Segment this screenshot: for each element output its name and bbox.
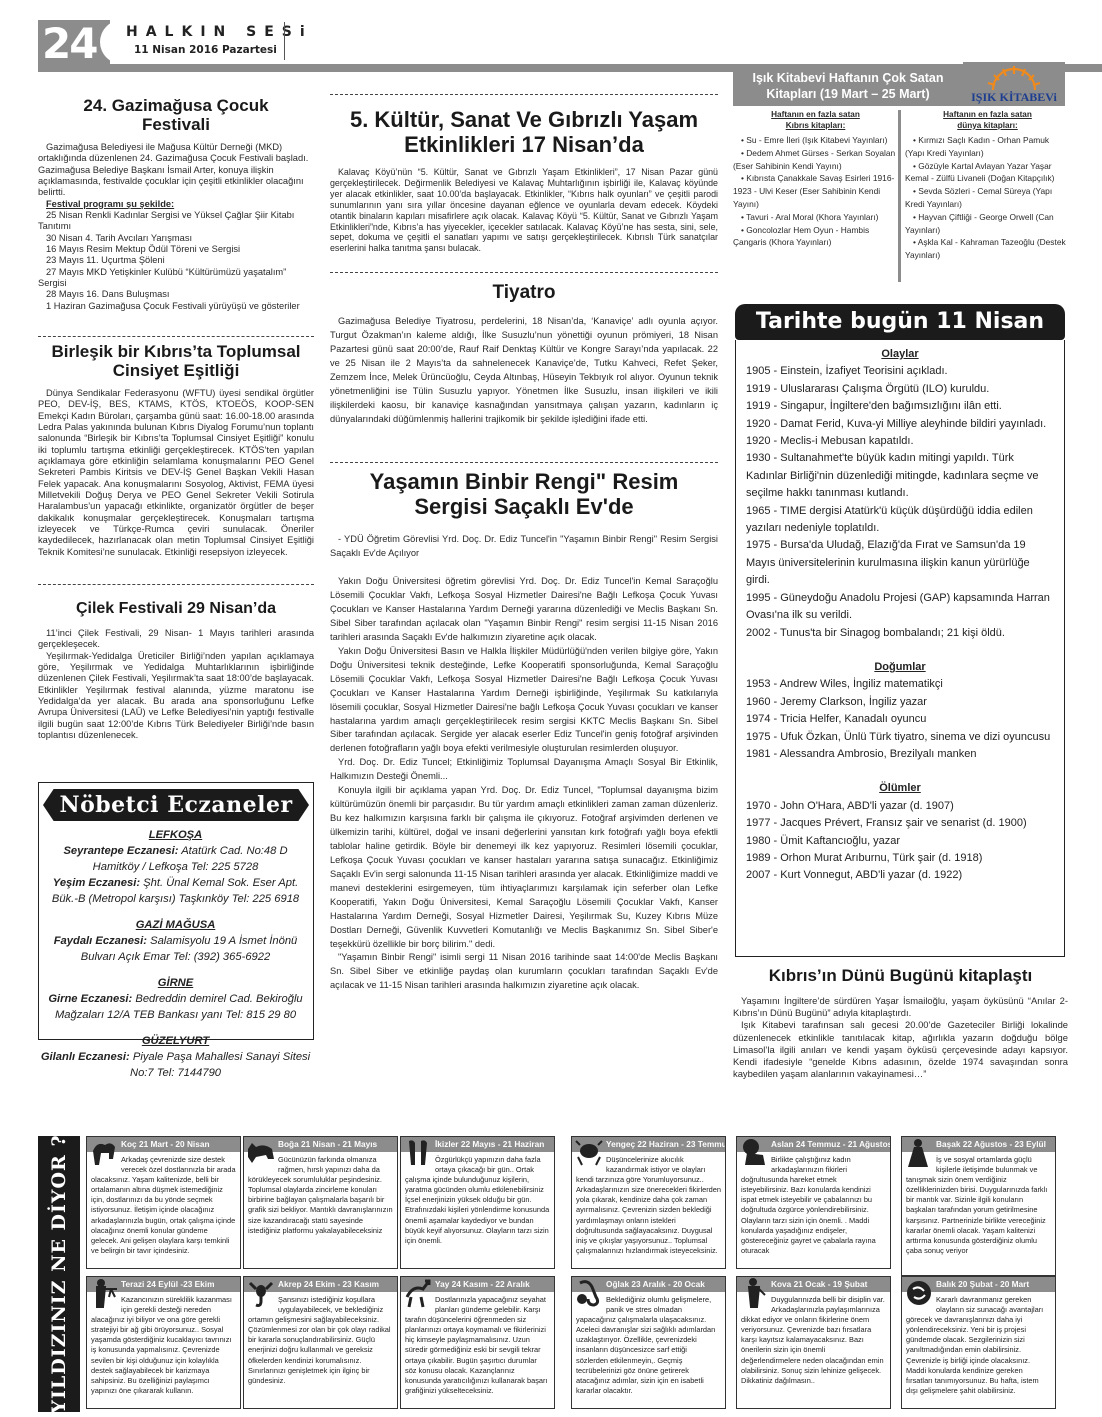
list-item: • Kırmızı Saçlı Kadın - Orhan Pamuk (Yap… — [905, 134, 1070, 160]
death-item: 1989 - Orhon Murat Arıburnu, Türk şair (… — [746, 850, 1054, 867]
article-body: Gazimağusa Belediyesi ile Mağusa Kültür … — [38, 142, 314, 312]
region-name: GÜZELYURT — [39, 1033, 312, 1049]
event-item: 1920 - Damat Ferid, Kuva-yi Milliye aley… — [746, 416, 1054, 433]
article-paragraph: Dünya Sendikalar Federasyonu (WFTU) üyes… — [38, 388, 314, 558]
pisces-icon — [904, 1277, 934, 1309]
issue-date: 11 Nisan 2016 Pazartesi — [134, 44, 277, 56]
article-paragraph: Yakın Doğu Üniversitesi Basın ve Halkla … — [330, 645, 718, 757]
program-heading: Festival programı şu şekilde: — [38, 199, 314, 210]
program-item: 30 Nisan 4. Tarih Avcıları Yarışması — [38, 233, 314, 244]
list-item: • Goncolozlar Hem Oyun - Hambis Çangaris… — [733, 224, 898, 250]
history-title: Tarihte bugün 11 Nisan — [735, 304, 1065, 340]
program-item: 27 Mayıs MKD Yetişkinler Kulübü “Kültürü… — [38, 267, 314, 290]
event-item: 1995 - Güneydoğu Anadolu Projesi (GAP) k… — [746, 590, 1054, 625]
horoscope-section: YILDIZINIZ NE DİYOR ? Koç 21 Mart - 20 N… — [38, 1136, 1068, 1412]
article-title: 5. Kültür, Sanat Ve Gıbrızlı Yaşam Etkin… — [330, 108, 718, 157]
list-item: • Gözüyle Kartal Avlayan Yazar Yaşar Kem… — [905, 160, 1070, 186]
pharmacy-name: Faydalı Eczanesi: — [54, 935, 147, 947]
article-paragraph: Konuyla ilgili bir açıklama yapan Yrd. D… — [330, 784, 718, 951]
article-body: Yaşamını İngiltere’de sürdüren Yaşar İsm… — [733, 995, 1068, 1081]
program-item: 16 Mayıs Resim Mektup Ödül Töreni ve Ser… — [38, 244, 314, 255]
article-subtitle: - YDÜ Öğretim Görevlisi Yrd. Doç. Dr. Ed… — [330, 533, 718, 561]
horoscope-card: Balık 20 Şubat - 20 Mart Kararlı davranm… — [901, 1276, 1056, 1409]
divider — [330, 462, 718, 463]
deaths-heading: Ölümler — [746, 780, 1054, 797]
pharmacy-box: Nöbetci Eczaneler LEFKOŞA Seyrantepe Ecz… — [38, 782, 314, 1040]
birth-item: 1953 - Andrew Wiles, İngiliz matematikçi — [746, 676, 1054, 693]
page-header: 24 HALKIN SESi 11 Nisan 2016 Pazartesi — [38, 20, 1102, 72]
divider — [330, 272, 718, 273]
list-item: • Kıbrısta Çanakkale Savaş Esirleri 1916… — [733, 172, 898, 210]
sagittarius-icon — [403, 1277, 433, 1309]
birth-item: 1975 - Ufuk Özkan, Ünlü Türk tiyatro, si… — [746, 729, 1054, 746]
article-title: Tiyatro — [330, 282, 718, 303]
divider — [38, 584, 314, 585]
article-kibrisin-dunu: Kıbrıs’ın Dünü Bugünü kitaplaştı Yaşamın… — [733, 966, 1068, 1081]
horoscope-card: Yengeç 22 Haziran - 23 Temmuz Düşünceler… — [571, 1136, 726, 1269]
bestseller-lists: Haftanın en fazla satan Kıbrıs kitapları… — [733, 110, 1068, 280]
pharmacy-list: LEFKOŞA Seyrantepe Eczanesi: Atatürk Cad… — [39, 827, 312, 1081]
article-paragraph: "Yaşamın Binbir Rengi" isimli sergi 11 N… — [330, 951, 718, 993]
event-item: 1965 - TIME dergisi Atatürk'ü küçük düşü… — [746, 503, 1054, 538]
article-title: Çilek Festivali 29 Nisan’da — [38, 600, 314, 618]
cyprus-bestsellers: Haftanın en fazla satan Kıbrıs kitapları… — [733, 110, 898, 249]
program-item: 23 Mayıs 11. Uçurtma Şöleni — [38, 255, 314, 266]
death-item: 1980 - Ümit Kaftancıoğlu, yazar — [746, 833, 1054, 850]
page-number: 24 — [38, 20, 110, 72]
gemini-icon — [403, 1137, 433, 1169]
list-heading: Haftanın en fazla satan Kıbrıs kitapları… — [733, 110, 898, 131]
article-paragraph: Kalavaç Köyü’nün “5. Kültür, Sanat ve Gı… — [330, 167, 718, 254]
article-paragraph: Yrd. Doç. Dr. Ediz Tuncel; Etkinliğimiz … — [330, 756, 718, 784]
history-box: Olaylar 1905 - Einstein, İzafiyet Teoris… — [735, 340, 1065, 957]
article-paragraph: Yakın Doğu Üniversitesi öğretim görevlis… — [330, 575, 718, 645]
list-item: • Su - Emre İleri (Işık Kitabevi Yayınla… — [733, 134, 898, 147]
birth-item: 1960 - Jeremy Clarkson, İngiliz yazar — [746, 694, 1054, 711]
region-name: LEFKOŞA — [39, 827, 312, 843]
bookshop-logo-text: IŞIK KİTABEVi — [963, 90, 1065, 105]
horoscope-title: YILDIZINIZ NE DİYOR ? — [48, 1134, 70, 1413]
bookshop-title-dates: Kitapları (19 Mart – 25 Mart) — [733, 86, 963, 102]
list-heading: Haftanın en fazla satan dünya kitapları: — [905, 110, 1070, 131]
article-body: 11’inci Çilek Festivali, 29 Nisan- 1 May… — [38, 628, 314, 741]
event-item: 2002 - Tunus'ta bir Sinagog bombalandı; … — [746, 625, 1054, 642]
virgo-icon — [904, 1137, 934, 1169]
event-item: 1920 - Meclis-i Mebusan kapatıldı. — [746, 433, 1054, 450]
divider — [38, 336, 314, 337]
pharmacy-entry: Seyrantepe Eczanesi: Atatürk Cad. No:48 … — [39, 843, 312, 875]
program-item: 25 Nisan Renkli Kadınlar Sergisi ve Yüks… — [38, 210, 314, 233]
bookshop-logo: IŞIK KİTABEVi — [963, 62, 1065, 106]
birth-item: 1981 - Alessandra Ambrosio, Brezilyalı m… — [746, 746, 1054, 763]
article-body: Kalavaç Köyü’nün “5. Kültür, Sanat ve Gı… — [330, 167, 718, 254]
aquarius-icon — [739, 1277, 769, 1309]
event-item: 1905 - Einstein, İzafiyet Teorisini açık… — [746, 363, 1054, 380]
article-title: Yaşamın Binbir Rengi" Resim Sergisi Saça… — [330, 470, 718, 519]
article-paragraph: Yaşamını İngiltere’de sürdüren Yaşar İsm… — [733, 995, 1068, 1019]
horoscope-card: Terazi 24 Eylül -23 Ekim Kazancınızın sü… — [86, 1276, 241, 1409]
header-divider — [284, 22, 285, 60]
article-title: 24. Gazimağusa Çocuk Festivali — [38, 96, 314, 134]
pharmacy-entry: Faydalı Eczanesi: Salamisyolu 19 A İsmet… — [39, 933, 312, 965]
world-bestsellers: Haftanın en fazla satan dünya kitapları:… — [905, 110, 1070, 262]
aries-icon — [89, 1137, 119, 1169]
article-paragraph: Yeşilırmak-Yedidalga Üreticiler Birliği’… — [38, 651, 314, 742]
article-body: Gazimağusa Belediye Tiyatrosu, perdeleri… — [330, 315, 718, 427]
list-item: • Tavuri - Aral Moral (Khora Yayınları) — [733, 211, 898, 224]
horoscope-card: Başak 22 Ağustos - 23 Eylül İş ve sosyal… — [901, 1136, 1056, 1276]
capricorn-icon — [574, 1277, 604, 1309]
divider — [330, 94, 718, 95]
article-title: Birleşik bir Kıbrıs’ta Toplumsal Cinsiye… — [38, 342, 314, 380]
list-item: • Aşkla Kal - Kahraman Tazeoğlu (Destek … — [905, 236, 1070, 262]
death-item: 1977 - Jacques Prévert, Fransız şair ve … — [746, 815, 1054, 832]
leo-icon — [739, 1137, 769, 1169]
article-kultur-sanat: 5. Kültür, Sanat Ve Gıbrızlı Yaşam Etkin… — [330, 108, 718, 254]
libra-icon — [89, 1277, 119, 1309]
events-heading: Olaylar — [746, 346, 1054, 363]
event-item: 1975 - Bursa'da Uludağ, Elazığ'da Fırat … — [746, 537, 1054, 589]
event-item: 1930 - Sultanahmet'te büyük kadın miting… — [746, 450, 1054, 502]
list-item: • Sevda Sözleri - Cemal Süreya (Yapı Kre… — [905, 185, 1070, 211]
article-resim-sergisi: Yaşamın Binbir Rengi" Resim Sergisi Saça… — [330, 470, 718, 993]
pharmacy-name: Girne Eczanesi: — [48, 993, 132, 1005]
program-item: 1 Haziran Gazimağusa Çocuk Festivali yür… — [38, 301, 314, 312]
bookshop-title: Işık Kitabevi Haftanın Çok Satan — [733, 70, 963, 86]
pharmacy-name: Seyrantepe Eczanesi: — [63, 845, 178, 857]
birth-item: 1974 - Tricia Helfer, Kanadalı oyuncu — [746, 711, 1054, 728]
article-cocuk-festivali: 24. Gazimağusa Çocuk Festivali Gazimağus… — [38, 96, 314, 312]
article-cilek: Çilek Festivali 29 Nisan’da 11’inci Çile… — [38, 600, 314, 741]
bookshop-banner: Işık Kitabevi Haftanın Çok Satan Kitapla… — [733, 66, 963, 106]
horoscope-card: Koç 21 Mart - 20 Nisan Arkadaş çevrenizd… — [86, 1136, 241, 1269]
article-body: Dünya Sendikalar Federasyonu (WFTU) üyes… — [38, 388, 314, 558]
death-item: 1970 - John O'Hara, ABD'li yazar (d. 190… — [746, 798, 1054, 815]
horoscope-card: Kova 21 Ocak - 19 Şubat Duygularınızda b… — [736, 1276, 891, 1409]
article-cinsiyet: Birleşik bir Kıbrıs’ta Toplumsal Cinsiye… — [38, 342, 314, 558]
article-paragraph: Gazimağusa Belediye Tiyatrosu, perdeleri… — [330, 315, 718, 427]
horoscope-card: Boğa 21 Nisan - 21 Mayıs Gücünüzün farkı… — [243, 1136, 398, 1269]
program-item: 28 Mayıs 16. Dans Buluşması — [38, 289, 314, 300]
event-item: 1919 - Uluslararası Çalışma Örgütü (ILO)… — [746, 381, 1054, 398]
births-heading: Doğumlar — [746, 659, 1054, 676]
pharmacy-address: Piyale Paşa Mahallesi Sanayi Sitesi No:7… — [130, 1051, 310, 1079]
scorpio-icon — [246, 1277, 276, 1309]
article-tiyatro: Tiyatro Gazimağusa Belediye Tiyatrosu, p… — [330, 282, 718, 427]
article-paragraph: Işık Kitabevi tarafınsan salı gecesi 20.… — [733, 1019, 1068, 1080]
sun-logo-icon — [985, 64, 1043, 92]
region-name: GİRNE — [39, 975, 312, 991]
region-name: GAZİ MAĞUSA — [39, 917, 312, 933]
article-intro: Gazimağusa Belediyesi ile Mağusa Kültür … — [38, 142, 314, 199]
horoscope-card: Oğlak 23 Aralık - 20 Ocak Beklediğiniz o… — [571, 1276, 726, 1409]
horoscope-card: Akrep 24 Ekim - 23 Kasım Şansınızı isted… — [243, 1276, 398, 1409]
article-title: Kıbrıs’ın Dünü Bugünü kitaplaştı — [733, 966, 1068, 985]
pharmacy-entry: Yeşim Eczanesi: Şht. Ünal Kemal Sok. Ese… — [39, 875, 312, 907]
horoscope-side-banner: YILDIZINIZ NE DİYOR ? — [38, 1136, 80, 1412]
list-item: • Dedem Ahmet Gürses - Serkan Soyalan (E… — [733, 147, 898, 173]
list-divider — [898, 110, 901, 282]
pharmacy-entry: Girne Eczanesi: Bedreddin demirel Cad. B… — [39, 991, 312, 1023]
horoscope-card: Yay 24 Kasım - 22 Aralık Dostlarınızla y… — [400, 1276, 555, 1409]
list-item: • Hayvan Çiftliği - George Orwell (Can Y… — [905, 211, 1070, 237]
event-item: 1919 - Singapur, İngiltere'den bağımsızl… — [746, 398, 1054, 415]
cancer-icon — [574, 1137, 604, 1169]
taurus-icon — [246, 1137, 276, 1169]
horoscope-card: Aslan 24 Temmuz - 21 Ağustos Birlikte ça… — [736, 1136, 891, 1269]
pharmacy-title: Nöbetci Eczaneler — [43, 789, 309, 821]
death-item: 2007 - Kurt Vonnegut, ABD'li yazar (d. 1… — [746, 867, 1054, 884]
horoscope-card: İkizler 22 Mayıs - 21 Haziran Özgürlükçü… — [400, 1136, 555, 1269]
article-paragraph: 11’inci Çilek Festivali, 29 Nisan- 1 May… — [38, 628, 314, 651]
pharmacy-name: Yeşim Eczanesi: — [53, 877, 140, 889]
article-body: - YDÜ Öğretim Görevlisi Yrd. Doç. Dr. Ed… — [330, 533, 718, 993]
pharmacy-entry: Gilanlı Eczanesi: Piyale Paşa Mahallesi … — [39, 1049, 312, 1081]
pharmacy-name: Gilanlı Eczanesi: — [41, 1051, 130, 1063]
